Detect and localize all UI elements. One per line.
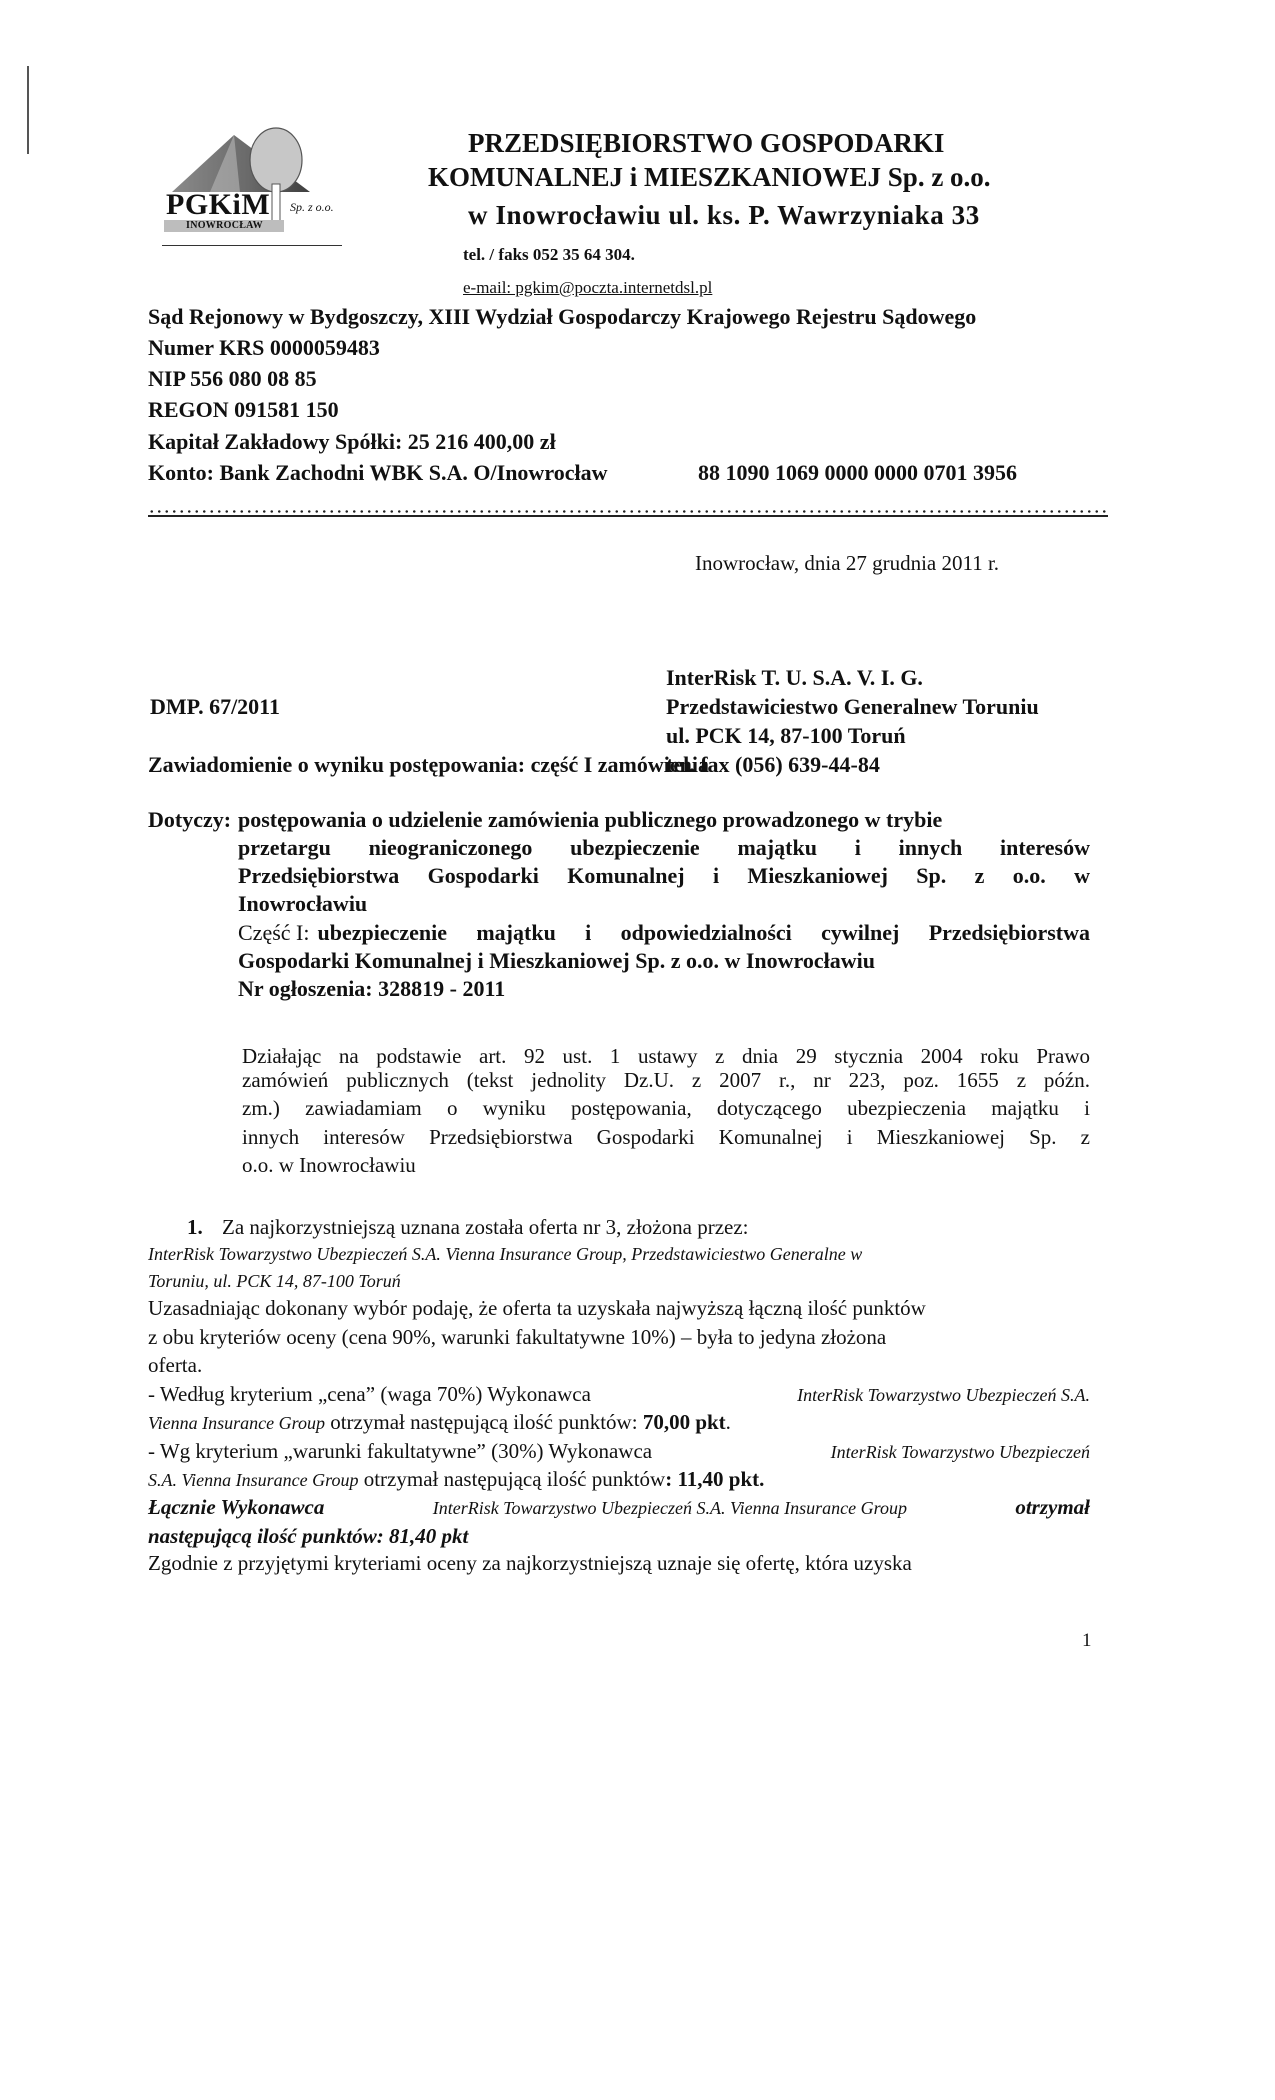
recipient-line3: ul. PCK 14, 87-100 Toruń — [666, 723, 906, 749]
criterion-optional-received: otrzymał następującą ilość punktów — [358, 1467, 665, 1491]
notice-title: Zawiadomienie o wyniku postępowania: czę… — [148, 752, 709, 778]
logo-legal-form: Sp. z o.o. — [290, 200, 334, 215]
reference-number: DMP. 67/2011 — [150, 694, 280, 720]
subject-line: przetargu nieograniczonego ubezpieczenie… — [238, 835, 1090, 861]
part-description-cont: Gospodarki Komunalnej i Mieszkaniowej Sp… — [238, 948, 875, 974]
company-name-line1: PRZEDSIĘBIORSTWO GOSPODARKI — [468, 128, 944, 159]
company-logo: PGKiM Sp. z o.o. INOWROCŁAW — [160, 122, 350, 252]
registry-krs: Numer KRS 0000059483 — [148, 337, 380, 359]
company-name-line2: KOMUNALNEJ i MIESZKANIOWEJ Sp. z o.o. — [428, 162, 991, 193]
scan-margin-mark — [27, 66, 29, 154]
solid-separator — [148, 515, 1108, 517]
company-address: w Inowrocławiu ul. ks. P. Wawrzyniaka 33 — [468, 200, 980, 231]
registry-account-number: 88 1090 1069 0000 0000 0701 3956 — [698, 462, 1017, 484]
pyramid-tree-logo-icon — [160, 122, 350, 252]
intro-line: zm.) zawiadamiam o wyniku postępowania, … — [242, 1096, 1090, 1121]
recipient-line1: InterRisk T. U. S.A. V. I. G. — [666, 665, 923, 691]
point-number: 1. — [187, 1215, 203, 1240]
company-phone: tel. / faks 052 35 64 304. — [463, 245, 635, 265]
criterion-price-bidder-cont: Vienna Insurance Group — [148, 1413, 325, 1433]
subject-line: Przedsiębiorstwa Gospodarki Komunalnej i… — [238, 863, 1090, 889]
registry-nip: NIP 556 080 08 85 — [148, 368, 317, 390]
subject-label: Dotyczy: — [148, 807, 231, 833]
total-line1: Łącznie Wykonawca InterRisk Towarzystwo … — [148, 1495, 1090, 1520]
intro-line: Działając na podstawie art. 92 ust. 1 us… — [242, 1044, 1090, 1069]
page-number: 1 — [1082, 1630, 1092, 1652]
place-date: Inowrocław, dnia 27 grudnia 2011 r. — [695, 551, 999, 576]
registry-account-bank: Konto: Bank Zachodni WBK S.A. O/Inowrocł… — [148, 462, 607, 484]
company-email-link[interactable]: e-mail: pgkim@poczta.internetdsl.pl — [463, 278, 712, 298]
criterion-price-points: 70,00 pkt — [643, 1410, 726, 1434]
criterion-price-line1: - Według kryterium „cena” (waga 70%) Wyk… — [148, 1382, 1090, 1407]
criterion-price-line2: Vienna Insurance Group otrzymał następuj… — [148, 1410, 731, 1435]
criterion-optional-bidder-cont: S.A. Vienna Insurance Group — [148, 1470, 358, 1490]
subject-line: Inowrocławiu — [238, 891, 367, 917]
criterion-optional-line1: - Wg kryterium „warunki fakultatywne” (3… — [148, 1439, 1090, 1464]
justification-line: z obu kryteriów oceny (cena 90%, warunki… — [148, 1325, 886, 1350]
notice-number: Nr ogłoszenia: 328819 - 2011 — [238, 976, 505, 1002]
recipient-line2: Przedstawiciestwo Generalnew Toruniu — [666, 694, 1039, 720]
closing-line: Zgodnie z przyjętymi kryteriami oceny za… — [148, 1551, 912, 1576]
criterion-optional-points: : 11,40 pkt. — [665, 1467, 764, 1491]
criterion-optional-bidder: InterRisk Towarzystwo Ubezpieczeń — [831, 1442, 1090, 1463]
total-label: Łącznie Wykonawca — [148, 1495, 324, 1520]
registry-regon: REGON 091581 150 — [148, 399, 339, 421]
subject-line: postępowania o udzielenie zamówienia pub… — [238, 807, 942, 833]
justification-line: Uzasadniając dokonany wybór podaję, że o… — [148, 1296, 926, 1321]
total-received: otrzymał — [1015, 1495, 1090, 1520]
justification-line: oferta. — [148, 1353, 202, 1378]
point-heading: Za najkorzystniejszą uznana została ofer… — [222, 1215, 749, 1240]
subject-part-line: Część I: ubezpieczenie majątku i odpowie… — [238, 920, 1090, 946]
intro-line: o.o. w Inowrocławiu — [242, 1153, 416, 1178]
criterion-price-received: otrzymał następującą ilość punktów: — [325, 1410, 643, 1434]
intro-line: innych interesów Przedsiębiorstwa Gospod… — [242, 1125, 1090, 1150]
intro-line: zamówień publicznych (tekst jednolity Dz… — [242, 1068, 1090, 1093]
criterion-optional-line2: S.A. Vienna Insurance Group otrzymał nas… — [148, 1467, 764, 1492]
logo-city: INOWROCŁAW — [186, 220, 263, 231]
bidder-line: InterRisk Towarzystwo Ubezpieczeń S.A. V… — [148, 1244, 862, 1265]
part-description: ubezpieczenie majątku i odpowiedzialnośc… — [317, 920, 1090, 946]
dotted-separator — [148, 510, 1108, 513]
registry-court: Sąd Rejonowy w Bydgoszczy, XIII Wydział … — [148, 306, 976, 328]
registry-capital: Kapitał Zakładowy Spółki: 25 216 400,00 … — [148, 431, 556, 453]
logo-acronym: PGKiM — [166, 188, 270, 222]
bidder-line: Toruniu, ul. PCK 14, 87-100 Toruń — [148, 1271, 401, 1292]
criterion-optional-prefix: - Wg kryterium „warunki fakultatywne” (3… — [148, 1439, 657, 1464]
total-bidder: InterRisk Towarzystwo Ubezpieczeń S.A. V… — [433, 1498, 907, 1519]
criterion-price-prefix: - Według kryterium „cena” (waga 70%) Wyk… — [148, 1382, 596, 1407]
total-points: następującą ilość punktów: 81,40 pkt — [148, 1524, 468, 1549]
criterion-price-bidder: InterRisk Towarzystwo Ubezpieczeń S.A. — [797, 1385, 1090, 1406]
part-label: Część I: — [238, 920, 309, 946]
criterion-price-suffix: . — [726, 1410, 731, 1434]
logo-underline — [162, 245, 342, 246]
